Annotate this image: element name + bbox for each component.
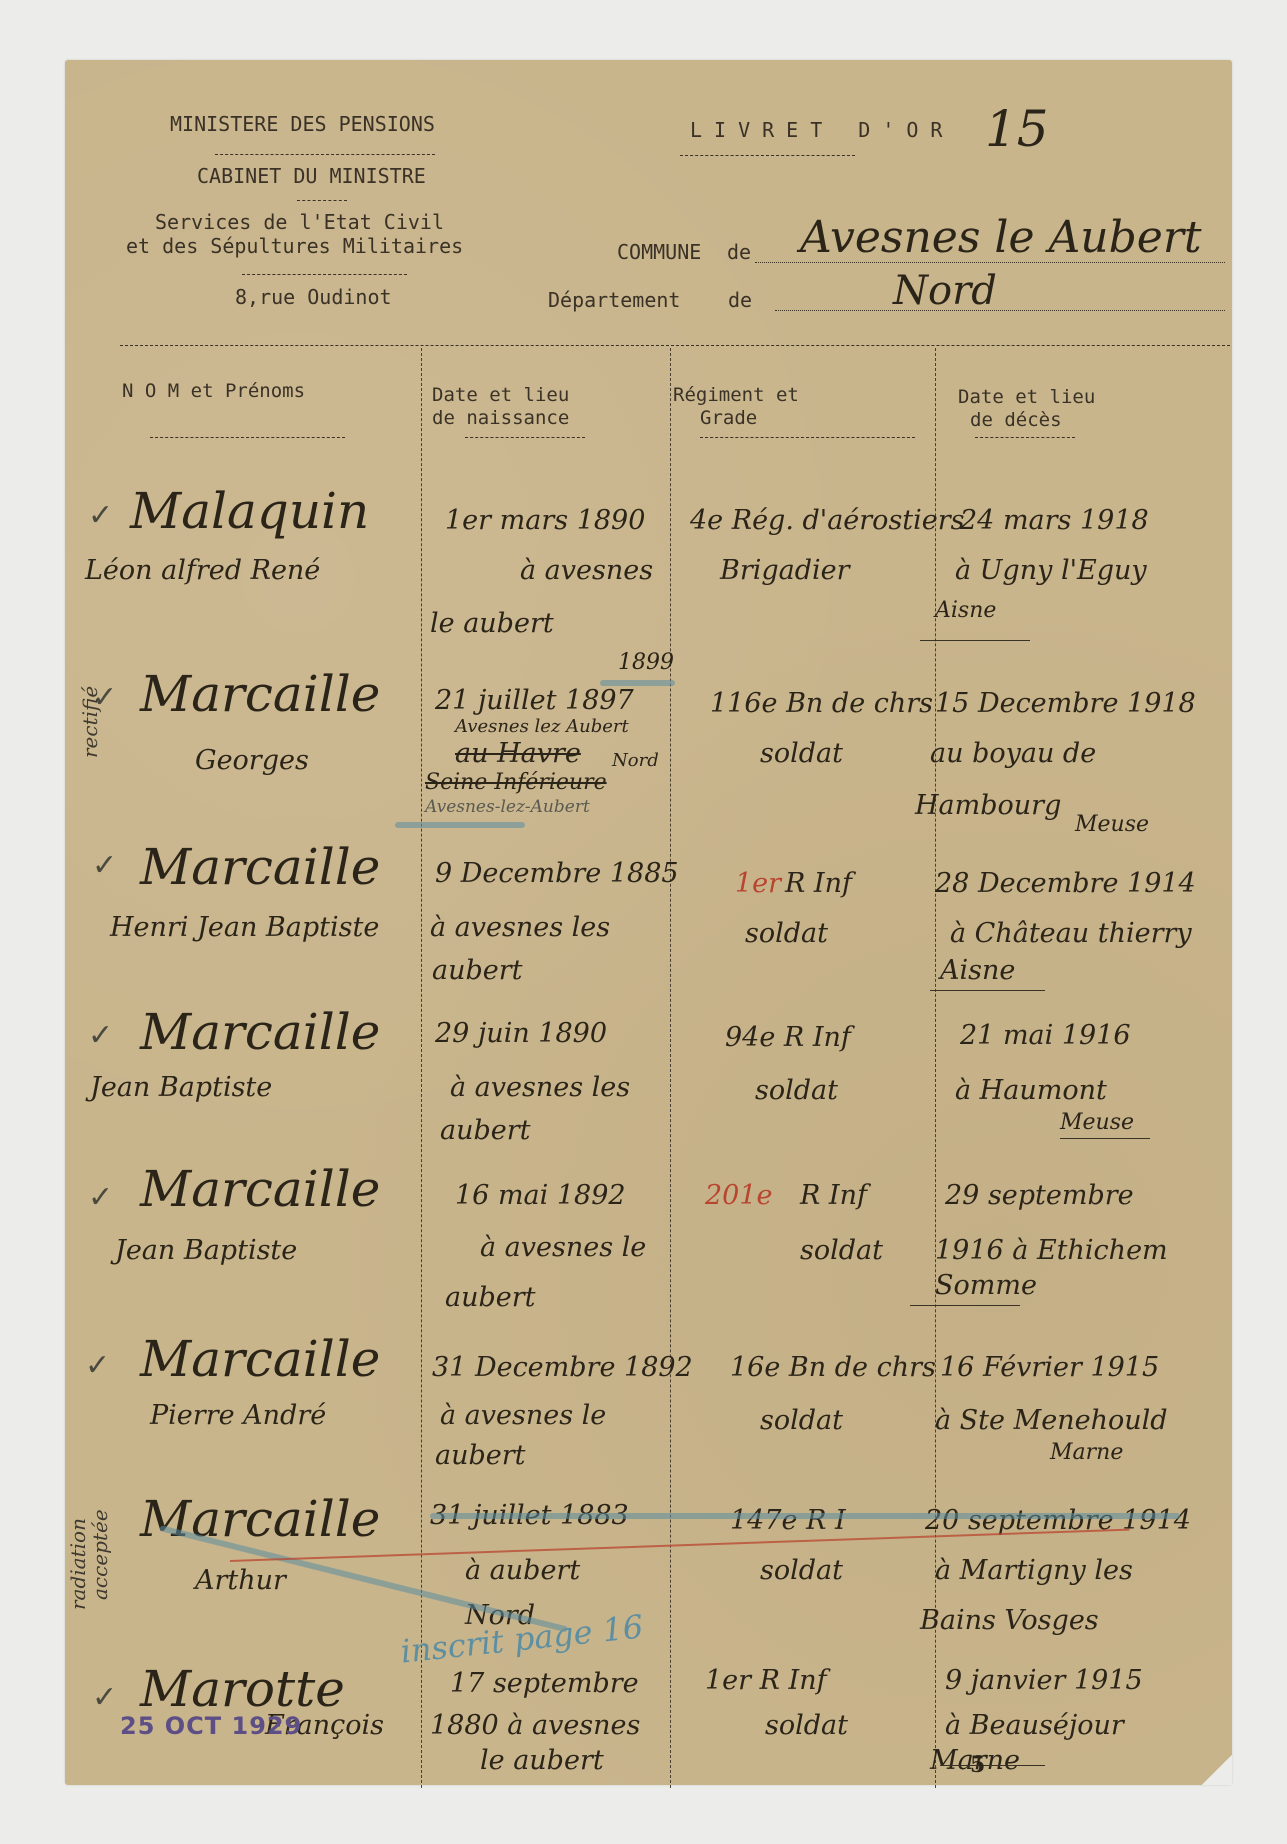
column-header-death-underline [975,437,1075,438]
column-header-birth-1: Date et lieu [432,384,569,406]
commune-underline [755,262,1225,263]
death-place-underline [910,1305,1020,1306]
column-header-birth-underline [465,437,585,438]
column-divider-2 [670,348,671,1788]
birth-date: 21 juillet 1897 [435,685,634,716]
checkmark-icon: ✓ [88,1180,113,1215]
regiment-prefix: 201e [705,1180,773,1211]
regiment: 94e R Inf [725,1022,851,1053]
column-header-name: N O M et Prénoms [122,380,305,402]
column-header-birth-2: de naissance [432,407,569,429]
death-date: 15 Decembre 1918 [935,688,1196,719]
death-date: 24 mars 1918 [960,505,1149,536]
column-header-regiment-2: Grade [700,407,757,429]
column-header-regiment-underline [700,437,915,438]
death-date: 21 mai 1916 [960,1020,1131,1051]
given-names: Jean Baptiste [115,1235,297,1266]
checkmark-icon: ✓ [92,848,117,883]
birth-place-2: aubert [445,1282,536,1313]
birth-place-struck-2: Seine Inférieure [425,770,607,795]
death-place-underline [1060,1138,1150,1139]
commune-value: Avesnes le Aubert [800,212,1202,263]
birth-date: 1er mars 1890 [445,505,645,536]
birth-place-2: le aubert [480,1745,604,1776]
death-place-underline [940,1765,1045,1766]
death-place-1: à Haumont [955,1075,1107,1106]
grade: soldat [760,738,843,769]
death-place-2: Marne [1050,1440,1123,1465]
column-header-death-1: Date et lieu [958,386,1095,408]
blue-strike-line [430,1513,1180,1519]
given-names: Léon alfred René [85,555,320,586]
departement-prefix: de [728,288,752,312]
surname: Malaquin [130,482,369,540]
death-place-1: à Ste Menehould [935,1405,1168,1436]
grade: soldat [800,1235,883,1266]
birth-place-2: aubert [435,1440,526,1471]
regiment: R Inf [785,868,852,899]
grade: soldat [755,1075,838,1106]
regiment: 147e R I [730,1505,846,1536]
departement-underline [775,310,1225,311]
death-place-1: au boyau de [930,738,1096,769]
death-place-2: Aisne [940,955,1015,986]
margin-note-radiation: radiation [66,1518,90,1610]
given-names: Pierre André [150,1400,326,1431]
page-number: 15 [985,100,1049,158]
given-names: Henri Jean Baptiste [110,912,379,943]
received-date-stamp: 25 OCT 1929 [120,1712,302,1740]
surname: Marcaille [140,665,380,723]
death-date: 28 Decembre 1914 [935,868,1196,899]
given-names: Jean Baptiste [90,1072,272,1103]
column-header-name-underline [150,437,345,438]
death-place-1: à Château thierry [950,918,1192,949]
grade: soldat [745,918,828,949]
grade: soldat [765,1710,848,1741]
livret-dor-label: LIVRET D'OR [690,118,954,142]
birth-date: 31 Decembre 1892 [432,1352,693,1383]
given-names: Georges [195,745,309,776]
ministry-title: MINISTERE DES PENSIONS [170,112,435,136]
birth-date: 16 mai 1892 [455,1180,626,1211]
bottom-mark: 5 [970,1752,985,1778]
checkmark-icon: ✓ [85,1348,110,1383]
service-line-1: Services de l'Etat Civil [155,210,444,234]
header-divider-3 [242,274,407,275]
surname: Marcaille [140,1160,380,1218]
death-place-2: Bains Vosges [920,1605,1099,1636]
regiment: 16e Bn de chrs [730,1352,936,1383]
regiment: R Inf [800,1180,867,1211]
birth-place-1: à avesnes les [430,912,610,943]
birth-place-correction-top: Avesnes lez Aubert [455,716,629,737]
birth-place-1: à avesnes le [440,1400,606,1431]
column-divider-1 [421,348,422,1788]
checkmark-icon: ✓ [92,1680,117,1715]
regiment: 4e Rég. d'aérostiers [690,505,965,536]
livret-underline [680,155,855,156]
death-place-2: Hambourg [915,790,1061,821]
death-place-1: à Martigny les [935,1555,1133,1586]
address: 8,rue Oudinot [235,285,392,309]
departement-label: Département [548,288,680,312]
header-divider-1 [215,154,435,155]
birth-date: 17 septembre [450,1668,639,1699]
grade: soldat [760,1405,843,1436]
death-place-2: Meuse [1060,1110,1134,1135]
birth-place-struck-1: au Havre [455,738,581,769]
death-date: 9 janvier 1915 [945,1665,1143,1696]
birth-place-1: à avesnes [520,555,653,586]
birth-place-correction-dept: Nord [612,750,659,771]
surname: Marcaille [140,838,380,896]
cabinet-title: CABINET DU MINISTRE [197,164,426,188]
service-line-2: et des Sépultures Militaires [126,234,463,258]
birth-place-1: à avesnes les [450,1072,630,1103]
death-date: 16 Février 1915 [940,1352,1159,1383]
column-header-death-2: de décès [970,409,1062,431]
death-place-2: Somme [935,1270,1037,1301]
blue-pencil-mark [395,822,525,828]
death-place-1: à Ugny l'Eguy [955,555,1147,586]
regiment: 1er R Inf [705,1665,827,1696]
death-place-3: Meuse [1075,812,1149,837]
birth-place-2: aubert [440,1115,531,1146]
birth-place-1: 1880 à avesnes [430,1710,640,1741]
birth-place-2: aubert [432,955,523,986]
death-place-1: à Beauséjour [945,1710,1124,1741]
regiment: 116e Bn de chrs [710,688,933,719]
commune-label: COMMUNE [617,240,701,264]
checkmark-icon: ✓ [88,498,113,533]
surname: Marcaille [140,1003,380,1061]
column-header-regiment-1: Régiment et [673,384,799,406]
birth-place-correction-bottom: Avesnes-lez-Aubert [425,797,590,817]
grade: Brigadier [720,555,850,586]
given-names: Arthur [195,1565,286,1596]
birth-date: 9 Decembre 1885 [435,858,679,889]
departement-value: Nord [893,268,997,314]
commune-prefix: de [727,240,751,264]
death-place-1: 1916 à Ethichem [935,1235,1168,1266]
birth-date: 29 juin 1890 [435,1018,607,1049]
death-date: 29 septembre [945,1180,1134,1211]
header-divider-2 [297,200,347,201]
death-place-underline [920,640,1030,641]
regiment-prefix: 1er [735,868,781,899]
grade: soldat [760,1555,843,1586]
margin-note-acceptee: acceptée [88,1509,112,1600]
birth-year-correction: 1899 [618,650,674,675]
checkmark-icon: ✓ [92,680,117,715]
birth-place-1: à aubert [465,1555,580,1586]
birth-place-2: le aubert [430,608,554,639]
surname: Marcaille [140,1490,380,1548]
surname: Marcaille [140,1330,380,1388]
birth-place-1: à avesnes le [480,1232,646,1263]
death-place-underline [930,990,1045,991]
table-top-rule [120,345,1230,346]
checkmark-icon: ✓ [88,1018,113,1053]
death-place-2: Aisne [935,598,996,623]
